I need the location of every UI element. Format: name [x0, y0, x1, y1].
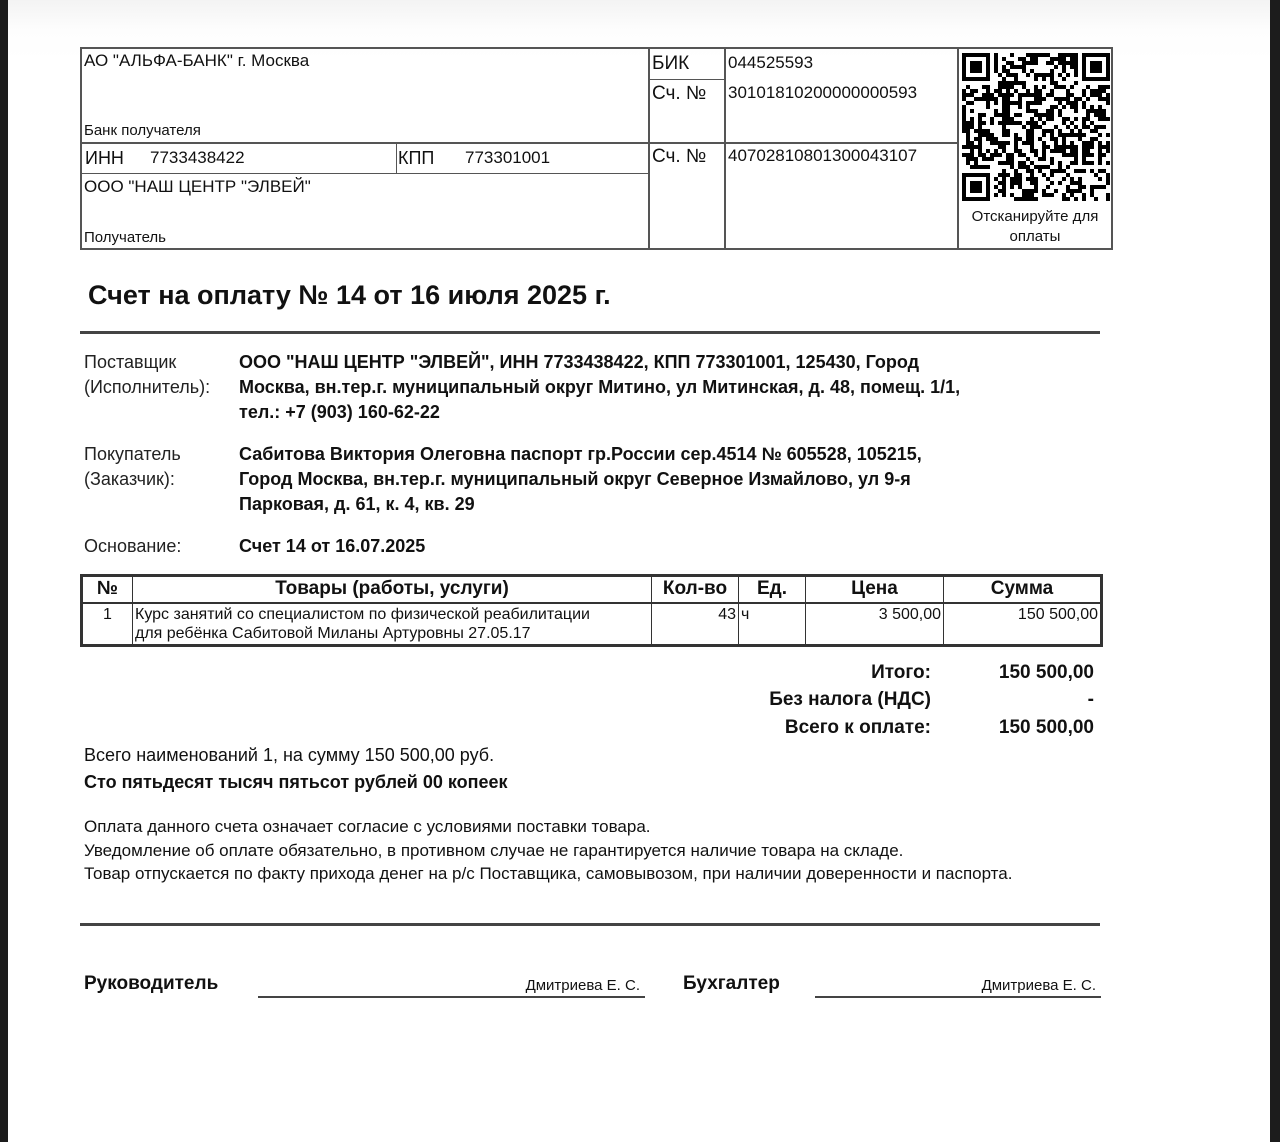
supplier-details: ООО "НАШ ЦЕНТР "ЭЛВЕЙ", ИНН 7733438422, … [239, 350, 1099, 425]
cell-goods: Курс занятий со специалистом по физическ… [133, 603, 652, 646]
supplier-label-line1: Поставщик [84, 350, 210, 375]
col-header-unit: Ед. [739, 576, 806, 603]
supplier-line: Москва, вн.тер.г. муниципальный округ Ми… [239, 375, 1099, 400]
vat-label: Без налога (НДС) [769, 689, 931, 711]
bank-details-table: АО "АЛЬФА-БАНК" г. Москва Банк получател… [80, 47, 1113, 250]
buyer-label: Покупатель (Заказчик): [84, 442, 181, 492]
corr-account-label: Сч. № [652, 83, 706, 105]
basis-value: Счет 14 от 16.07.2025 [239, 534, 1099, 559]
cell-price: 3 500,00 [806, 603, 944, 646]
goods-line: для ребёнка Сабитовой Миланы Артуровны 2… [135, 624, 649, 643]
recipient-label: Получатель [84, 229, 166, 246]
kpp-label: КПП [398, 148, 434, 169]
bik-value: 044525593 [728, 53, 813, 73]
total-value: 150 500,00 [999, 717, 1094, 739]
invoice-page: АО "АЛЬФА-БАНК" г. Москва Банк получател… [8, 0, 1270, 1142]
col-header-number: № [82, 576, 133, 603]
cell-number: 1 [82, 603, 133, 646]
supplier-label-line2: (Исполнитель): [84, 375, 210, 400]
accountant-name: Дмитриева Е. С. [815, 977, 1096, 994]
cell-quantity: 43 [652, 603, 739, 646]
inn-value: 7733438422 [150, 148, 245, 168]
recipient-name: ООО "НАШ ЦЕНТР "ЭЛВЕЙ" [84, 177, 311, 197]
goods-line: Курс занятий со специалистом по физическ… [135, 605, 649, 624]
kpp-value: 773301001 [465, 148, 550, 168]
title-divider [80, 331, 1100, 334]
accountant-signature-line [815, 996, 1101, 998]
cell-unit: ч [739, 603, 806, 646]
buyer-line: Сабитова Виктория Олеговна паспорт гр.Ро… [239, 442, 1099, 467]
subtotal-value: 150 500,00 [999, 662, 1094, 684]
vat-value: - [1088, 689, 1094, 711]
table-row: 1 Курс занятий со специалистом по физиче… [82, 603, 1102, 646]
qr-caption-line2: оплаты [957, 227, 1113, 247]
col-header-quantity: Кол-во [652, 576, 739, 603]
account-value: 40702810801300043107 [728, 146, 917, 166]
invoice-title: Счет на оплату № 14 от 16 июля 2025 г. [88, 280, 611, 311]
supplier-line: ООО "НАШ ЦЕНТР "ЭЛВЕЙ", ИНН 7733438422, … [239, 350, 1099, 375]
bank-name: АО "АЛЬФА-БАНК" г. Москва [84, 51, 309, 71]
note-line: Оплата данного счета означает согласие с… [84, 815, 1064, 839]
director-signature-line [258, 996, 645, 998]
supplier-line: тел.: +7 (903) 160-62-22 [239, 400, 1099, 425]
note-line: Товар отпускается по факту прихода денег… [84, 862, 1064, 886]
cell-sum: 150 500,00 [944, 603, 1102, 646]
basis-label: Основание: [84, 534, 181, 559]
qr-code-icon [962, 53, 1110, 201]
items-table: № Товары (работы, услуги) Кол-во Ед. Цен… [80, 574, 1103, 647]
buyer-label-line1: Покупатель [84, 442, 181, 467]
items-header-row: № Товары (работы, услуги) Кол-во Ед. Цен… [82, 576, 1102, 603]
subtotal-label: Итого: [871, 662, 931, 684]
account-label: Сч. № [652, 146, 706, 168]
director-label: Руководитель [84, 973, 218, 995]
note-line: Уведомление об оплате обязательно, в про… [84, 839, 1064, 863]
buyer-details: Сабитова Виктория Олеговна паспорт гр.Ро… [239, 442, 1099, 517]
bank-label: Банк получателя [84, 122, 201, 139]
col-header-sum: Сумма [944, 576, 1102, 603]
items-count-summary: Всего наименований 1, на сумму 150 500,0… [84, 745, 494, 766]
buyer-line: Парковая, д. 61, к. 4, кв. 29 [239, 492, 1099, 517]
terms-notes: Оплата данного счета означает согласие с… [84, 815, 1064, 886]
qr-caption: Отсканируйте для оплаты [957, 207, 1113, 247]
notes-divider [80, 923, 1100, 926]
bik-label: БИК [652, 53, 689, 75]
accountant-label: Бухгалтер [683, 973, 780, 995]
director-name: Дмитриева Е. С. [258, 977, 640, 994]
col-header-price: Цена [806, 576, 944, 603]
buyer-line: Город Москва, вн.тер.г. муниципальный ок… [239, 467, 1099, 492]
amount-in-words: Сто пятьдесят тысяч пятьсот рублей 00 ко… [84, 772, 508, 793]
inn-label: ИНН [85, 148, 124, 169]
qr-caption-line1: Отсканируйте для [957, 207, 1113, 227]
supplier-label: Поставщик (Исполнитель): [84, 350, 210, 400]
total-label: Всего к оплате: [785, 717, 931, 739]
buyer-label-line2: (Заказчик): [84, 467, 181, 492]
corr-account-value: 30101810200000000593 [728, 83, 917, 103]
col-header-goods: Товары (работы, услуги) [133, 576, 652, 603]
